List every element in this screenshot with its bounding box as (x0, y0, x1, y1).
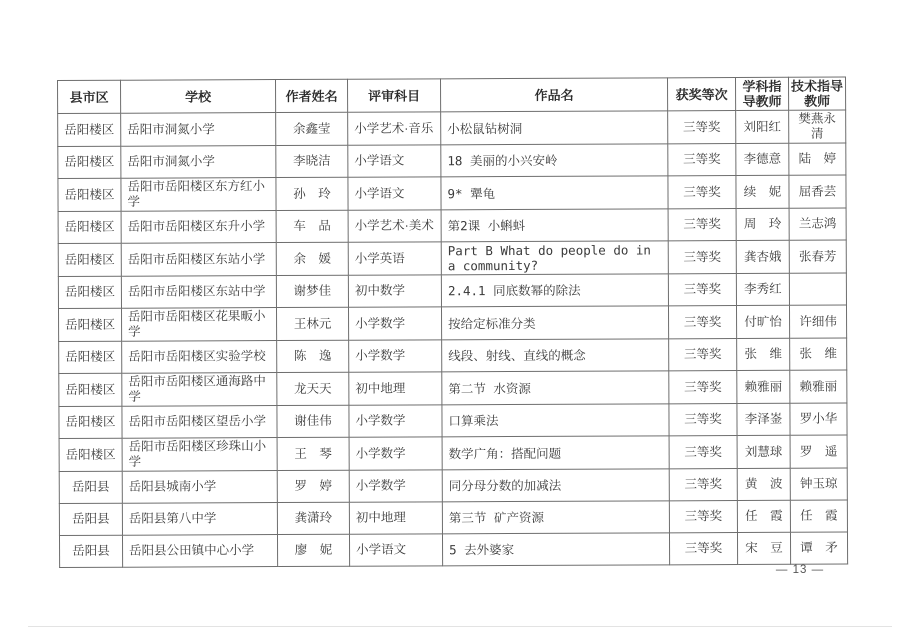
cell-district: 岳阳县 (59, 503, 122, 535)
cell-school: 岳阳县城南小学 (122, 471, 277, 504)
table-row: 岳阳楼区 岳阳市岳阳楼区实验学校 陈 逸 小学数学 线段、射线、直线的概念 三等… (59, 338, 847, 373)
cell-subject-teacher: 李德意 (736, 143, 789, 175)
scanned-page: 县市区 学校 作者姓名 评审科目 作品名 获奖等次 学科指导教师 技术指导教师 … (0, 0, 900, 636)
table-row: 岳阳楼区 岳阳市岳阳楼区东站中学 谢梦佳 初中数学 2.4.1 同底数幂的除法 … (58, 273, 846, 308)
cell-subject-teacher: 任 霞 (737, 500, 790, 532)
cell-school: 岳阳县公田镇中心小学 (122, 535, 277, 568)
awards-table: 县市区 学校 作者姓名 评审科目 作品名 获奖等次 学科指导教师 技术指导教师 … (57, 77, 848, 568)
table-header: 县市区 学校 作者姓名 评审科目 作品名 获奖等次 学科指导教师 技术指导教师 (58, 77, 846, 113)
cell-tech-teacher: 钟玉琼 (790, 468, 847, 500)
col-header-author: 作者姓名 (276, 79, 348, 112)
cell-tech-teacher: 屈香芸 (789, 175, 846, 208)
table-row: 岳阳楼区 岳阳市岳阳楼区珍珠山小学 王 琴 小学数学 数学广角：搭配问题 三等奖… (59, 435, 847, 471)
col-header-subject: 评审科目 (347, 79, 440, 112)
cell-award: 三等奖 (668, 209, 736, 241)
cell-subject: 小学艺术·美术 (348, 210, 441, 242)
cell-district: 岳阳楼区 (59, 341, 122, 373)
cell-school: 岳阳市岳阳楼区珍珠山小学 (122, 438, 277, 472)
cell-author: 谢梦佳 (276, 275, 348, 307)
cell-author: 李晓洁 (276, 145, 348, 177)
cell-subject-teacher: 黄 波 (737, 468, 790, 500)
cell-work: 9* 犟龟 (441, 176, 668, 210)
cell-subject-teacher: 周 玲 (736, 208, 789, 240)
cell-subject-teacher: 李泽崟 (737, 403, 790, 435)
cell-school: 岳阳市岳阳楼区东升小学 (121, 211, 276, 244)
cell-author: 谢佳伟 (277, 405, 349, 437)
scan-edge-line (28, 626, 892, 627)
table-row: 岳阳楼区 岳阳市岳阳楼区东方红小学 孙 玲 小学语文 9* 犟龟 三等奖 续 妮… (58, 175, 846, 211)
awards-table-container: 县市区 学校 作者姓名 评审科目 作品名 获奖等次 学科指导教师 技术指导教师 … (57, 77, 848, 568)
cell-author: 陈 逸 (277, 340, 349, 372)
cell-award: 三等奖 (669, 501, 737, 533)
cell-author: 龙天天 (277, 372, 349, 405)
cell-work: 线段、射线、直线的概念 (442, 339, 669, 372)
cell-work: 5 去外婆家 (442, 533, 669, 566)
table-row: 岳阳县 岳阳县公田镇中心小学 廖 妮 小学语文 5 去外婆家 三等奖 宋 豆 谭… (59, 532, 847, 567)
cell-district: 岳阳楼区 (58, 178, 121, 211)
cell-tech-teacher: 张春芳 (789, 240, 846, 273)
header-row: 县市区 学校 作者姓名 评审科目 作品名 获奖等次 学科指导教师 技术指导教师 (58, 77, 846, 113)
table-row: 岳阳楼区 岳阳市洞氮小学 余鑫莹 小学艺术·音乐 小松鼠钻树洞 三等奖 刘阳红 … (58, 110, 846, 146)
cell-work: 第三节 矿产资源 (442, 501, 669, 534)
cell-work: 数学广角：搭配问题 (442, 436, 669, 470)
cell-award: 三等奖 (669, 371, 737, 404)
cell-author: 廖 妮 (277, 534, 349, 566)
cell-subject-teacher: 李秀红 (736, 273, 789, 305)
cell-author: 罗 婷 (277, 470, 349, 502)
cell-award: 三等奖 (668, 274, 736, 306)
cell-district: 岳阳楼区 (58, 211, 121, 243)
cell-district: 岳阳楼区 (59, 373, 122, 406)
cell-school: 岳阳市岳阳楼区实验学校 (122, 341, 277, 374)
cell-tech-teacher: 罗小华 (790, 403, 847, 435)
cell-subject: 小学语文 (349, 534, 442, 566)
cell-school: 岳阳县第八中学 (122, 503, 277, 536)
cell-author: 余 媛 (276, 242, 348, 275)
cell-tech-teacher: 樊燕永清 (789, 110, 846, 143)
col-header-work: 作品名 (440, 78, 667, 112)
cell-district: 岳阳县 (59, 535, 122, 567)
cell-author: 王 琴 (277, 437, 349, 470)
cell-district: 岳阳楼区 (58, 113, 121, 146)
table-row: 岳阳县 岳阳县城南小学 罗 婷 小学数学 同分母分数的加减法 三等奖 黄 波 钟… (59, 468, 847, 503)
cell-tech-teacher: 罗 遥 (790, 435, 847, 468)
cell-subject: 小学数学 (349, 470, 442, 502)
cell-subject-teacher: 刘慧球 (737, 435, 790, 468)
cell-award: 三等奖 (669, 436, 737, 469)
cell-tech-teacher: 许细伟 (789, 305, 846, 338)
cell-subject-teacher: 付旷怡 (736, 305, 789, 338)
cell-district: 岳阳楼区 (59, 406, 122, 438)
cell-district: 岳阳楼区 (59, 438, 122, 471)
cell-tech-teacher: 张 维 (790, 338, 847, 370)
cell-award: 三等奖 (669, 469, 737, 501)
cell-school: 岳阳市洞氮小学 (121, 113, 276, 147)
cell-school: 岳阳市岳阳楼区东站中学 (121, 276, 276, 309)
table-row: 岳阳楼区 岳阳市岳阳楼区望岳小学 谢佳伟 小学数学 口算乘法 三等奖 李泽崟 罗… (59, 403, 847, 438)
cell-subject-teacher: 张 维 (737, 338, 790, 370)
cell-subject: 小学数学 (348, 307, 441, 340)
cell-subject: 初中数学 (348, 275, 441, 307)
table-row: 岳阳楼区 岳阳市岳阳楼区通海路中学 龙天天 初中地理 第二节 水资源 三等奖 赖… (59, 370, 847, 406)
table-row: 岳阳县 岳阳县第八中学 龚潇玲 初中地理 第三节 矿产资源 三等奖 任 霞 任 … (59, 500, 847, 535)
cell-subject-teacher: 刘阳红 (736, 110, 789, 143)
cell-tech-teacher: 赖雅丽 (790, 370, 847, 403)
cell-work: Part B What do people do in a community? (441, 241, 668, 275)
cell-district: 岳阳楼区 (58, 243, 121, 276)
cell-subject: 小学数学 (349, 405, 442, 437)
cell-award: 三等奖 (668, 111, 736, 144)
cell-subject-teacher: 龚杏娥 (736, 240, 789, 273)
cell-author: 车 品 (276, 210, 348, 242)
cell-work: 第2课 小蝌蚪 (441, 209, 668, 242)
cell-work: 第二节 水资源 (442, 371, 669, 405)
col-header-district: 县市区 (58, 80, 121, 113)
table-row: 岳阳楼区 岳阳市洞氮小学 李晓洁 小学语文 18 美丽的小兴安岭 三等奖 李德意… (58, 143, 846, 178)
cell-author: 孙 玲 (276, 177, 348, 210)
cell-subject: 小学语文 (348, 145, 441, 177)
cell-work: 18 美丽的小兴安岭 (441, 144, 668, 177)
cell-author: 龚潇玲 (277, 502, 349, 534)
table-row: 岳阳楼区 岳阳市岳阳楼区花果畈小学 王林元 小学数学 按给定标准分类 三等奖 付… (58, 305, 846, 341)
cell-subject-teacher: 赖雅丽 (737, 370, 790, 403)
cell-author: 余鑫莹 (276, 112, 348, 145)
table-row: 岳阳楼区 岳阳市岳阳楼区东升小学 车 品 小学艺术·美术 第2课 小蝌蚪 三等奖… (58, 208, 846, 243)
cell-work: 口算乘法 (442, 404, 669, 437)
cell-subject: 初中地理 (349, 372, 442, 405)
cell-school: 岳阳市岳阳楼区通海路中学 (122, 373, 277, 407)
cell-tech-teacher: 任 霞 (790, 500, 847, 532)
cell-school: 岳阳市岳阳楼区花果畈小学 (121, 308, 276, 342)
cell-tech-teacher: 陆 婷 (789, 143, 846, 175)
cell-school: 岳阳市岳阳楼区望岳小学 (122, 406, 277, 439)
cell-district: 岳阳楼区 (58, 308, 121, 341)
col-header-school: 学校 (121, 80, 276, 114)
cell-subject: 初中地理 (349, 502, 442, 534)
cell-school: 岳阳市洞氮小学 (121, 146, 276, 179)
cell-award: 三等奖 (669, 339, 737, 371)
cell-award: 三等奖 (668, 176, 736, 209)
col-header-subject-teacher: 学科指导教师 (735, 77, 788, 110)
cell-district: 岳阳县 (59, 471, 122, 503)
cell-subject: 小学数学 (349, 437, 442, 470)
cell-work: 小松鼠钻树洞 (441, 111, 668, 145)
cell-subject: 小学英语 (348, 242, 441, 275)
cell-subject: 小学语文 (348, 177, 441, 210)
table-row: 岳阳楼区 岳阳市岳阳楼区东站小学 余 媛 小学英语 Part B What do… (58, 240, 846, 276)
cell-award: 三等奖 (668, 306, 736, 339)
cell-subject: 小学艺术·音乐 (348, 112, 441, 145)
cell-district: 岳阳楼区 (58, 146, 121, 178)
cell-tech-teacher (789, 273, 846, 305)
cell-award: 三等奖 (669, 404, 737, 436)
cell-award: 三等奖 (668, 241, 736, 274)
cell-school: 岳阳市岳阳楼区东方红小学 (121, 178, 276, 212)
col-header-award: 获奖等次 (667, 78, 735, 111)
cell-subject-teacher: 宋 豆 (737, 532, 790, 564)
cell-award: 三等奖 (668, 144, 736, 176)
cell-subject-teacher: 续 妮 (736, 175, 789, 208)
cell-work: 2.4.1 同底数幂的除法 (441, 274, 668, 307)
cell-work: 同分母分数的加减法 (442, 469, 669, 502)
cell-author: 王林元 (276, 307, 348, 340)
cell-tech-teacher: 谭 矛 (790, 532, 847, 564)
cell-award: 三等奖 (669, 533, 737, 565)
cell-tech-teacher: 兰志鸿 (789, 208, 846, 240)
page-number: — 13 — (760, 564, 840, 576)
cell-district: 岳阳楼区 (58, 276, 121, 308)
table-body: 岳阳楼区 岳阳市洞氮小学 余鑫莹 小学艺术·音乐 小松鼠钻树洞 三等奖 刘阳红 … (58, 110, 848, 567)
cell-school: 岳阳市岳阳楼区东站小学 (121, 243, 276, 277)
cell-work: 按给定标准分类 (441, 306, 668, 340)
col-header-tech-teacher: 技术指导教师 (788, 77, 845, 110)
cell-subject: 小学数学 (349, 340, 442, 372)
